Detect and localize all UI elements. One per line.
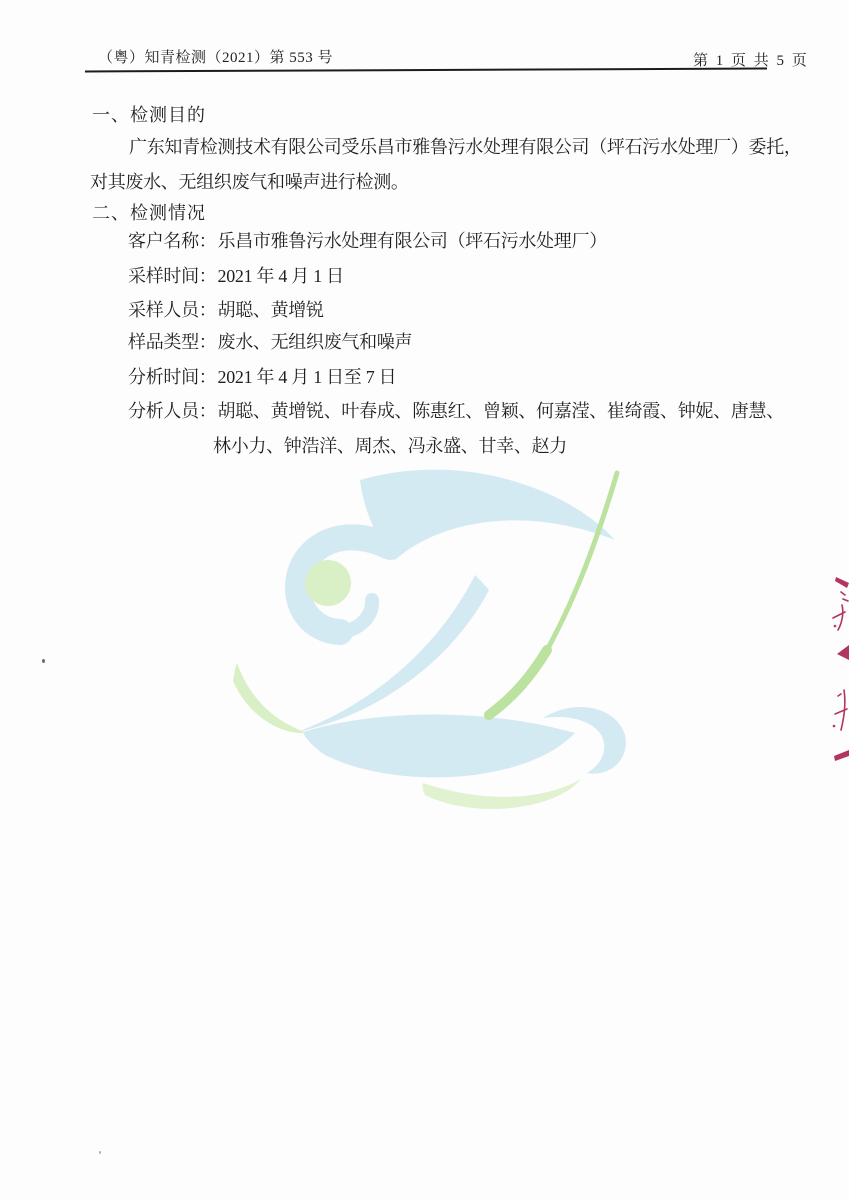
red-mark-group [833, 577, 849, 761]
leaf-logo-watermark [225, 435, 665, 815]
customer-name-label: 客户名称： [128, 231, 217, 251]
analysis-date-value: 2021 年 4 月 1 日至 7 日 [218, 367, 397, 387]
analysis-staff-value-line-1: 胡聪、黄增锐、叶春成、陈惠红、曾颖、何嘉滢、崔绮霞、钟妮、唐慧、 [218, 401, 784, 421]
sample-type-value: 废水、无组织废气和噪声 [218, 332, 413, 352]
sampling-staff-label: 采样人员： [128, 300, 217, 320]
watermark-comma [543, 707, 626, 774]
purpose-paragraph-line-2: 对其废水、无组织废气和噪声进行检测。 [90, 172, 409, 192]
report-page: （粤）知青检测（2021）第 553 号 第 1 页 共 5 页 一、检测目的 … [0, 0, 849, 1200]
info-row-sampling-staff: 采样人员：胡聪、黄增锐 [128, 300, 324, 320]
header-divider-line [85, 68, 767, 73]
watermark-spiral-hook [298, 537, 390, 632]
info-row-analysis-date: 分析时间：2021 年 4 月 1 日至 7 日 [128, 367, 396, 387]
watermark-spiral-tail [340, 600, 372, 632]
info-row-sampling-date: 采样时间：2021 年 4 月 1 日 [128, 266, 344, 286]
sampling-date-value: 2021 年 4 月 1 日 [218, 266, 344, 286]
watermark-green-crescent [233, 663, 307, 733]
section-1-heading: 一、检测目的 [92, 101, 206, 127]
watermark-stem-upper [547, 473, 617, 650]
watermark-top-leaf [360, 470, 615, 560]
watermark-bottom-leaf [303, 714, 575, 777]
red-edge-stamp-fragments [830, 568, 849, 768]
info-row-sample-type: 样品类型：废水、无组织废气和噪声 [128, 332, 412, 352]
section-2-heading: 二、检测情况 [92, 199, 206, 225]
info-row-customer-name: 客户名称：乐昌市雅鲁污水处理有限公司（坪石污水处理厂） [128, 231, 607, 251]
watermark-green-dot [305, 560, 351, 606]
red-mark-strokes [833, 592, 848, 730]
customer-name-value: 乐昌市雅鲁污水处理有限公司（坪石污水处理厂） [218, 231, 607, 251]
info-row-analysis-staff: 分析人员：胡聪、黄增锐、叶春成、陈惠红、曾颖、何嘉滢、崔绮霞、钟妮、唐慧、 [128, 401, 784, 421]
analysis-staff-value-line-2: 林小力、钟浩洋、周杰、冯永盛、甘幸、赵力 [213, 436, 567, 456]
watermark-green-underline [423, 779, 581, 809]
analysis-date-label: 分析时间： [128, 367, 217, 387]
sampling-staff-value: 胡聪、黄增锐 [218, 300, 324, 320]
watermark-stem-lower [489, 650, 547, 715]
header-report-number: （粤）知青检测（2021）第 553 号 [98, 46, 333, 67]
purpose-paragraph-line-1: 广东知青检测技术有限公司受乐昌市雅鲁污水处理有限公司（坪石污水处理厂）委托， [129, 137, 802, 157]
analysis-staff-label: 分析人员： [128, 401, 217, 421]
watermark-diagonal-leaf [297, 575, 489, 732]
sampling-date-label: 采样时间： [128, 266, 217, 286]
scan-speck [99, 1151, 101, 1154]
scan-speck [42, 659, 45, 663]
sample-type-label: 样品类型： [128, 332, 217, 352]
